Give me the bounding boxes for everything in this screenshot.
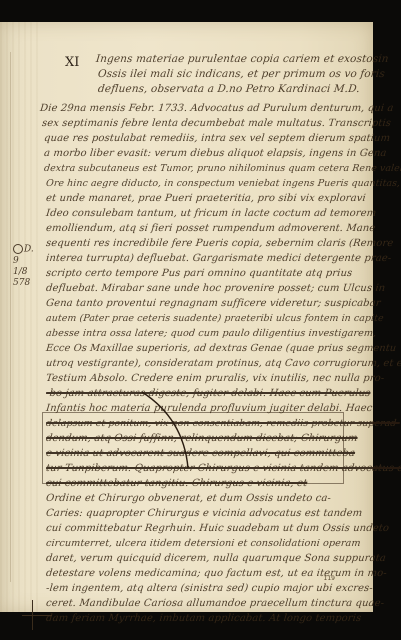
body-line: sequenti res incredibile fere Pueris cop… xyxy=(45,237,394,251)
body-line: defluebat. Mirabar sane unde hoc proveni… xyxy=(45,282,386,296)
heading-line: defluens, observata a D.no Petro Kardina… xyxy=(97,82,360,96)
body-line: utroq vestigrante), consideratam protinu… xyxy=(45,357,401,371)
folio-number: 119 xyxy=(324,575,335,582)
deletion-stroke-icon xyxy=(140,390,200,470)
body-line: abesse intra ossa latere; quod cum paulo… xyxy=(45,327,377,341)
body-line: a morbo liber evasit: verum diebus aliqu… xyxy=(43,147,387,161)
heading-line: Ossis ilei mali sic indicans, et per pri… xyxy=(97,67,385,81)
body-line: daret, verum quicquid dicerem, nulla qua… xyxy=(45,552,386,566)
page-fold-line xyxy=(10,52,11,582)
body-line: Ecce Os Maxillae superioris, ad dextras … xyxy=(45,342,397,356)
margin-cross-mark xyxy=(22,615,52,616)
manuscript-page: XI Ingens materiae purulentae copia cari… xyxy=(0,22,373,612)
body-line: quae res postulabat remediis, intra sex … xyxy=(43,132,390,146)
body-line: et unde manaret, prae Pueri praeteritia,… xyxy=(45,192,366,206)
struck-line: -bo jam attracturas digeste, fugiter del… xyxy=(45,387,371,401)
body-line: cui committebatur Regrhuin. Huic suadeba… xyxy=(45,522,389,536)
body-line: circumterret, ulcera itidem detersioni e… xyxy=(45,537,361,551)
body-line: -lem ingentem, atq altera (sinistra sed)… xyxy=(45,582,373,596)
body-line: autem (Pater prae ceteris suadente) prae… xyxy=(45,312,384,326)
body-line: detestare volens medicamina; quo factum … xyxy=(45,567,387,581)
body-line: emolliendum, atq si fieri posset rumpend… xyxy=(45,222,376,236)
body-line: Ideo consulebam tantum, ut fricum in lac… xyxy=(45,207,377,221)
margin-annotation: D. 9 1/8 578 xyxy=(13,244,39,289)
body-line: Die 29na mensis Febr. 1733. Advocatus ad… xyxy=(39,102,394,116)
body-line: Ore hinc aegre diducto, in conspectum ve… xyxy=(45,177,401,191)
body-line: dam feriam Myrrhae, imbutam applicabat. … xyxy=(45,612,362,626)
body-line: interea turrupta) defluebat. Gargarismat… xyxy=(45,252,392,266)
body-line: ceret. Mandibulae Cariosa allumandoe pra… xyxy=(45,597,385,611)
body-line: dextra subcutaneus est Tumor, pruno nihi… xyxy=(43,162,401,176)
case-number: XI xyxy=(65,55,79,70)
body-line: Gena tanto proventui regnagnam sufficere… xyxy=(45,297,381,311)
heading-line: Ingens materiae purulentae copia cariem … xyxy=(95,52,389,66)
body-line: Caries: quapropter Chirurgus e vicinia a… xyxy=(45,507,363,521)
margin-cross-mark xyxy=(32,600,33,630)
body-line: Ordine et Chirurgo obvenerat, et dum Oss… xyxy=(45,492,331,506)
circle-mark-icon xyxy=(13,244,23,254)
body-line: Testium Absolo. Credere enim pruralis, v… xyxy=(45,372,385,386)
body-line: scripto certo tempore Pus pari omnino qu… xyxy=(45,267,353,281)
body-line: sex septimanis febre lenta decumbebat ma… xyxy=(41,117,391,131)
